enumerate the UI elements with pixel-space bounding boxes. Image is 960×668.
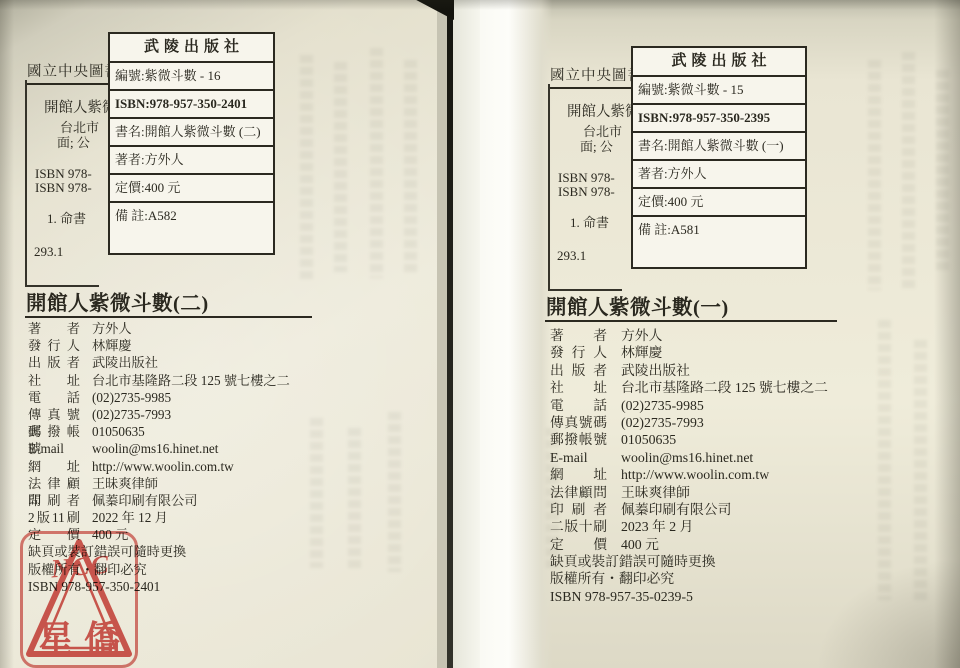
colophon-value: 01050635 [92,423,145,440]
colophon-value: (02)2735-9985 [92,389,171,406]
table-row: ISBN:978-957-350-2401 [110,91,273,119]
table-row: 書名:開館人紫微斗數 (二) [110,119,273,147]
colophon-value: 台北市基隆路二段 125 號七樓之二 [92,372,290,389]
colophon-row: 印刷者佩蓁印刷有限公司 [550,501,945,518]
cip-line: 面; 公 [580,136,613,155]
top-edge-shadow [0,0,960,10]
colophon-row: E-mailwoolin@ms16.hinet.net [28,440,418,457]
colophon-label: 社址 [28,372,80,389]
cip-line: ISBN 978- [558,184,615,200]
cip-line: 1. 命書 [47,208,86,227]
colophon-row: 社址台北市基隆路二段 125 號七樓之二 [550,379,945,396]
colophon-row: 發行人林輝慶 [28,337,418,354]
colophon-label: 發行人 [28,337,80,354]
bleed-through-text [868,60,881,290]
notice-row: 版權所有・翻印必究 [550,570,945,587]
cip-line: 293.1 [34,244,63,260]
publisher-table-header: 武陵出版社 [110,34,273,63]
cip-line: ISBN 978- [35,180,92,196]
table-row: 著者:方外人 [110,147,273,175]
cip-line: 293.1 [557,248,586,264]
left-page-photo: 國立中央圖書 開館人紫微 台北市 面; 公 ISBN 978- ISBN 978… [0,0,480,668]
bleed-through-text [404,60,417,275]
colophon-value: (02)2735-7993 [621,414,704,431]
colophon-row: E-mailwoolin@ms16.hinet.net [550,449,945,466]
colophon-list: 著者方外人 發行人林輝慶 出版者武陵出版社 社址台北市基隆路二段 125 號七樓… [550,327,945,605]
cip-box-bottom-line [550,289,622,291]
colophon-row: 定價400 元 [550,536,945,553]
colophon-label: 印刷者 [28,492,80,509]
bleed-through-text [334,62,347,272]
colophon-value: 王昧爽律師 [621,484,690,501]
colophon-value: 01050635 [621,431,676,448]
table-row: 書名:開館人紫微斗數 (一) [633,133,805,161]
page-title: 開館人紫微斗數(二) [26,286,209,316]
colophon-row: 法律顧問王昧爽律師 [28,475,418,492]
colophon-row: 2版11刷2022 年 12 月 [28,509,418,526]
publisher-table-header: 武陵出版社 [633,48,805,77]
stamp-text-bottom: 星僑 [23,609,135,663]
page-title: 開館人紫微斗數(一) [546,290,729,320]
cip-line: 面; 公 [57,132,90,151]
copyright-notice: 版權所有・翻印必究 [550,570,674,587]
colophon-value: 方外人 [92,320,132,337]
colophon-label: 印刷者 [550,501,607,518]
colophon-label: 出版者 [28,354,80,371]
colophon-label: 出版者 [550,362,607,379]
colophon-value: 台北市基隆路二段 125 號七樓之二 [621,379,828,396]
colophon-label: 定價 [550,536,607,553]
colophon-value: 佩蓁印刷有限公司 [92,492,198,509]
title-rule [545,320,837,322]
colophon-value: woolin@ms16.hinet.net [621,449,753,466]
colophon-row: 發行人林輝慶 [550,344,945,361]
table-row: 備 註:A581 [633,217,805,267]
colophon-row: 出版者武陵出版社 [550,362,945,379]
colophon-value: 武陵出版社 [621,362,690,379]
colophon-row: 二版十刷2023 年 2 月 [550,518,945,535]
colophon-value: 2023 年 2 月 [621,518,693,535]
table-row: 定價:400 元 [633,189,805,217]
table-row: 備 註:A582 [110,203,273,253]
cip-line: 開館人紫微 [44,96,117,117]
colophon-label: 發行人 [550,344,607,361]
table-row: 定價:400 元 [110,175,273,203]
publisher-table: 武陵出版社 編號:紫微斗數 - 16 ISBN:978-957-350-2401… [108,32,275,255]
colophon-value: (02)2735-9985 [621,397,704,414]
colophon-label: 2版11刷 [28,509,80,526]
colophon-label: E-mail [550,449,607,466]
colophon-label: 網址 [550,466,607,483]
colophon-value: 佩蓁印刷有限公司 [621,501,731,518]
notice-row: 缺頁或裝訂錯誤可隨時更換 [550,553,945,570]
cip-box-bottom-line [27,285,99,287]
colophon-value: 武陵出版社 [92,354,158,371]
colophon-row: 社址台北市基隆路二段 125 號七樓之二 [28,372,418,389]
book-photo-spread: 國立中央圖書 開館人紫微 台北市 面; 公 ISBN 978- ISBN 978… [0,0,960,668]
page-edge [437,0,447,668]
colophon-row: 郵撥帳號01050635 [550,431,945,448]
colophon-value: (02)2735-7993 [92,406,171,423]
colophon-label: 著者 [28,320,80,337]
colophon-row: 印刷者佩蓁印刷有限公司 [28,492,418,509]
table-row: 編號:紫微斗數 - 15 [633,77,805,105]
colophon-label: 著者 [550,327,607,344]
red-stamp: NCC 星僑 [20,531,138,668]
colophon-label: 電話 [550,397,607,414]
table-row: ISBN:978-957-350-2395 [633,105,805,133]
colophon-value: 方外人 [621,327,662,344]
colophon-value: http://www.woolin.com.tw [621,466,769,483]
colophon-row: 郵撥帳號01050635 [28,423,418,440]
isbn-line: ISBN 978-957-35-0239-5 [550,588,693,605]
colophon-row: 著者方外人 [550,327,945,344]
cip-line: 1. 命書 [570,212,609,231]
publisher-table: 武陵出版社 編號:紫微斗數 - 15 ISBN:978-957-350-2395… [631,46,807,269]
left-edge-shadow [0,0,14,668]
colophon-row: 網址http://www.woolin.com.tw [550,466,945,483]
colophon-row: 電話(02)2735-9985 [550,397,945,414]
colophon-row: 法律顧問王昧爽律師 [550,484,945,501]
colophon-row: 網址http://www.woolin.com.tw [28,458,418,475]
title-rule [25,316,312,318]
colophon-label: 電話 [28,389,80,406]
colophon-label: 二版十刷 [550,518,607,535]
colophon-row: 傳真號碼(02)2735-7993 [28,406,418,423]
bleed-through-text [370,48,383,278]
colophon-value: 林輝慶 [92,337,132,354]
notice-row: ISBN 978-957-35-0239-5 [550,588,945,605]
cip-line: 開館人紫微 [567,100,640,121]
replacement-notice: 缺頁或裝訂錯誤可隨時更換 [550,553,716,570]
colophon-row: 傳真號碼(02)2735-7993 [550,414,945,431]
colophon-row: 出版者武陵出版社 [28,354,418,371]
colophon-label: 網址 [28,458,80,475]
colophon-label: 法律顧問 [550,484,607,501]
colophon-value: 2022 年 12 月 [92,509,168,526]
colophon-label: 社址 [550,379,607,396]
colophon-label: E-mail [28,440,80,457]
table-row: 著者:方外人 [633,161,805,189]
bleed-through-text [936,70,949,270]
colophon-label: 郵撥帳號 [550,431,607,448]
bleed-through-text [902,52,915,292]
colophon-value: 400 元 [621,536,659,553]
colophon-value: 王昧爽律師 [92,475,158,492]
table-row: 編號:紫微斗數 - 16 [110,63,273,91]
right-page-photo: 國立中央圖書 開館人紫微 台北市 面; 公 ISBN 978- ISBN 978… [480,0,960,668]
colophon-value: woolin@ms16.hinet.net [92,440,218,457]
colophon-value: http://www.woolin.com.tw [92,458,234,475]
page-curl [453,0,480,668]
colophon-row: 著者方外人 [28,320,418,337]
page-curl [480,0,552,668]
colophon-row: 電話(02)2735-9985 [28,389,418,406]
colophon-value: 林輝慶 [621,344,662,361]
bleed-through-text [300,55,313,280]
colophon-label: 傳真號碼 [550,414,607,431]
stamp-text-top: NCC [50,549,112,584]
